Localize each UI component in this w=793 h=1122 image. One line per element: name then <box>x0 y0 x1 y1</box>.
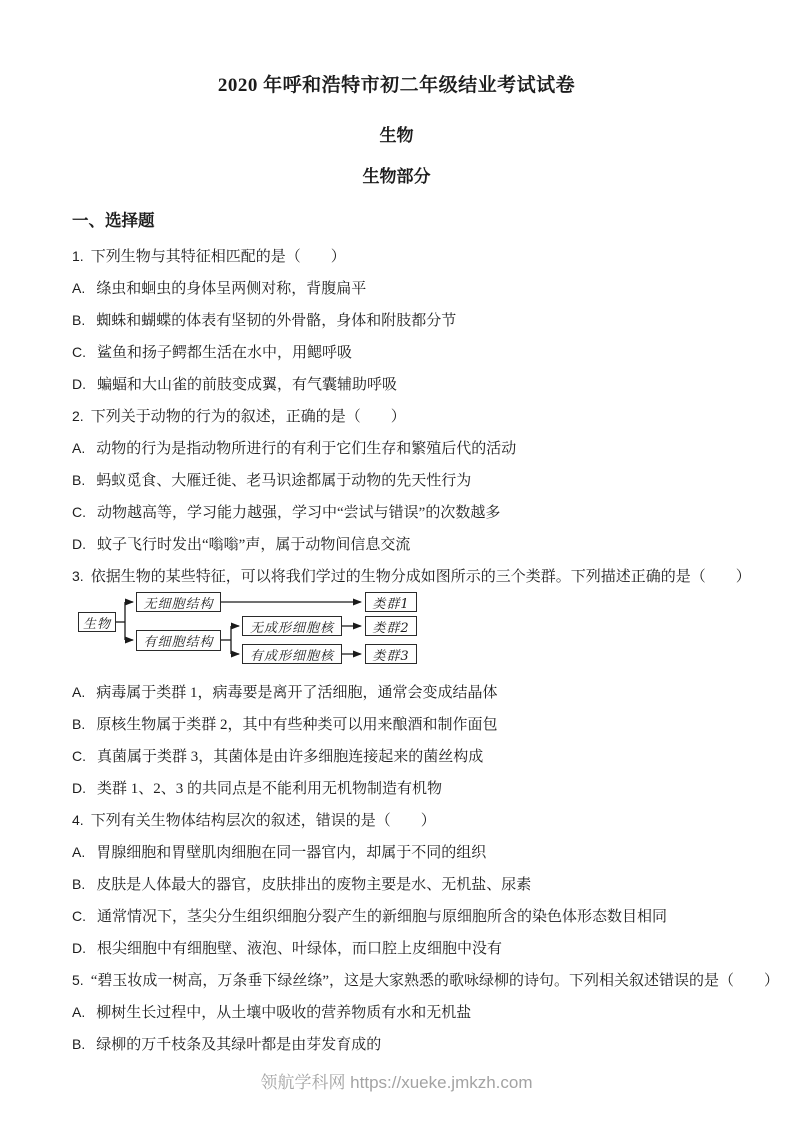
question-5-option-b: B.绿柳的万千枝条及其绿叶都是由芽发育成的 <box>72 1029 743 1061</box>
question-1-option-a: A.绦虫和蛔虫的身体呈两侧对称，背腹扁平 <box>72 273 743 305</box>
option-label: C. <box>72 908 86 924</box>
option-text: 蚂蚁觅食、大雁迁徙、老马识途都属于动物的先天性行为 <box>96 473 471 489</box>
question-5-text: “碧玉妆成一树高，万条垂下绿丝绦”，这是大家熟悉的歌咏绿柳的诗句。下列相关叙述错… <box>91 973 779 989</box>
question-1-stem: 1.下列生物与其特征相匹配的是（ ） <box>72 241 743 273</box>
section-heading-multiple-choice: 一、选择题 <box>72 207 793 231</box>
question-1-option-d: D.蝙蝠和大山雀的前肢变成翼，有气囊辅助呼吸 <box>72 369 743 401</box>
question-4-option-d: D.根尖细胞中有细胞壁、液泡、叶绿体，而口腔上皮细胞中没有 <box>72 933 743 965</box>
option-text: 鲨鱼和扬子鳄都生活在水中，用鳃呼吸 <box>97 345 352 361</box>
option-label: B. <box>72 876 85 892</box>
option-text: 蝙蝠和大山雀的前肢变成翼，有气囊辅助呼吸 <box>97 377 397 393</box>
question-2-number: 2. <box>72 408 84 424</box>
option-label: D. <box>72 376 86 392</box>
option-text: 根尖细胞中有细胞壁、液泡、叶绿体，而口腔上皮细胞中没有 <box>97 941 502 957</box>
part-title: 生物部分 <box>0 162 793 187</box>
question-4-option-a: A.胃腺细胞和胃壁肌肉细胞在同一器官内，却属于不同的组织 <box>72 837 743 869</box>
questions-area: 1.下列生物与其特征相匹配的是（ ） A.绦虫和蛔虫的身体呈两侧对称，背腹扁平 … <box>0 231 793 1061</box>
diagram-box-group-3: 类群3 <box>365 644 417 664</box>
question-3-text: 依据生物的某些特征，可以将我们学过的生物分成如图所示的三个类群。下列描述正确的是… <box>91 569 751 585</box>
watermark-footer: 领航学科网 https://xueke.jmkzh.com <box>0 1068 793 1093</box>
diagram-box-has-cell-structure: 有细胞结构 <box>136 630 221 651</box>
question-5-number: 5. <box>72 972 84 988</box>
option-label: B. <box>72 472 85 488</box>
question-1-option-c: C.鲨鱼和扬子鳄都生活在水中，用鳃呼吸 <box>72 337 743 369</box>
option-text: 绿柳的万千枝条及其绿叶都是由芽发育成的 <box>96 1037 381 1053</box>
option-text: 蚊子飞行时发出“嗡嗡”声，属于动物间信息交流 <box>97 537 410 553</box>
question-2-option-a: A.动物的行为是指动物所进行的有利于它们生存和繁殖后代的活动 <box>72 433 743 465</box>
option-label: B. <box>72 312 85 328</box>
option-label: A. <box>72 280 85 296</box>
option-label: B. <box>72 716 85 732</box>
option-text: 柳树生长过程中，从土壤中吸收的营养物质有水和无机盐 <box>96 1005 471 1021</box>
question-2-option-c: C.动物越高等，学习能力越强，学习中“尝试与错误”的次数越多 <box>72 497 743 529</box>
option-label: D. <box>72 780 86 796</box>
option-text: 胃腺细胞和胃壁肌肉细胞在同一器官内，却属于不同的组织 <box>96 845 486 861</box>
option-label: C. <box>72 344 86 360</box>
diagram-box-group-2: 类群2 <box>365 616 417 636</box>
question-3-option-b: B.原核生物属于类群 2，其中有些种类可以用来酿酒和制作面包 <box>72 709 743 741</box>
option-text: 皮肤是人体最大的器官，皮肤排出的废物主要是水、无机盐、尿素 <box>96 877 531 893</box>
question-2-stem: 2.下列关于动物的行为的叙述，正确的是（ ） <box>72 401 743 433</box>
option-text: 动物的行为是指动物所进行的有利于它们生存和繁殖后代的活动 <box>96 441 516 457</box>
question-5-stem: 5.“碧玉妆成一树高，万条垂下绿丝绦”，这是大家熟悉的歌咏绿柳的诗句。下列相关叙… <box>72 965 743 997</box>
question-3-option-c: C.真菌属于类群 3，其菌体是由许多细胞连接起来的菌丝构成 <box>72 741 743 773</box>
question-3-number: 3. <box>72 568 84 584</box>
option-text: 通常情况下，茎尖分生组织细胞分裂产生的新细胞与原细胞所含的染色体形态数目相同 <box>97 909 667 925</box>
option-text: 动物越高等，学习能力越强，学习中“尝试与错误”的次数越多 <box>97 505 500 521</box>
option-label: C. <box>72 504 86 520</box>
option-label: B. <box>72 1036 85 1052</box>
diagram-box-has-formed-nucleus: 有成形细胞核 <box>242 644 342 664</box>
question-2-option-b: B.蚂蚁觅食、大雁迁徙、老马识途都属于动物的先天性行为 <box>72 465 743 497</box>
option-text: 原核生物属于类群 2，其中有些种类可以用来酿酒和制作面包 <box>96 717 497 733</box>
classification-diagram: 生物 无细胞结构 有细胞结构 无成形细胞核 有成形细胞核 类群1 类群2 类群3 <box>72 585 432 677</box>
option-text: 类群 1、2、3 的共同点是不能利用无机物制造有机物 <box>97 781 442 797</box>
diagram-box-group-1: 类群1 <box>365 592 417 612</box>
option-text: 绦虫和蛔虫的身体呈两侧对称，背腹扁平 <box>96 281 366 297</box>
option-text: 病毒属于类群 1，病毒要是离开了活细胞，通常会变成结晶体 <box>96 685 497 701</box>
question-5-option-a: A.柳树生长过程中，从土壤中吸收的营养物质有水和无机盐 <box>72 997 743 1029</box>
page-title: 2020 年呼和浩特市初二年级结业考试试卷 <box>0 70 793 97</box>
question-3-option-a: A.病毒属于类群 1，病毒要是离开了活细胞，通常会变成结晶体 <box>72 677 743 709</box>
option-text: 真菌属于类群 3，其菌体是由许多细胞连接起来的菌丝构成 <box>97 749 483 765</box>
subject-title: 生物 <box>0 121 793 146</box>
question-4-text: 下列有关生物体结构层次的叙述，错误的是（ ） <box>91 813 436 829</box>
question-1-option-b: B.蜘蛛和蝴蝶的体表有坚韧的外骨骼，身体和附肢都分节 <box>72 305 743 337</box>
question-1-text: 下列生物与其特征相匹配的是（ ） <box>91 249 346 265</box>
question-4-option-b: B.皮肤是人体最大的器官，皮肤排出的废物主要是水、无机盐、尿素 <box>72 869 743 901</box>
option-label: A. <box>72 1004 85 1020</box>
exam-paper-page: 2020 年呼和浩特市初二年级结业考试试卷 生物 生物部分 一、选择题 1.下列… <box>0 0 793 1122</box>
option-text: 蜘蛛和蝴蝶的体表有坚韧的外骨骼，身体和附肢都分节 <box>96 313 456 329</box>
option-label: A. <box>72 844 85 860</box>
question-3-option-d: D.类群 1、2、3 的共同点是不能利用无机物制造有机物 <box>72 773 743 805</box>
option-label: C. <box>72 748 86 764</box>
question-2-option-d: D.蚊子飞行时发出“嗡嗡”声，属于动物间信息交流 <box>72 529 743 561</box>
option-label: D. <box>72 940 86 956</box>
question-2-text: 下列关于动物的行为的叙述，正确的是（ ） <box>91 409 406 425</box>
diagram-box-no-formed-nucleus: 无成形细胞核 <box>242 616 342 636</box>
diagram-box-no-cell-structure: 无细胞结构 <box>136 592 221 612</box>
option-label: D. <box>72 536 86 552</box>
question-4-number: 4. <box>72 812 84 828</box>
question-1-number: 1. <box>72 248 84 264</box>
question-4-stem: 4.下列有关生物体结构层次的叙述，错误的是（ ） <box>72 805 743 837</box>
option-label: A. <box>72 440 85 456</box>
diagram-box-root: 生物 <box>78 612 116 632</box>
question-4-option-c: C.通常情况下，茎尖分生组织细胞分裂产生的新细胞与原细胞所含的染色体形态数目相同 <box>72 901 743 933</box>
option-label: A. <box>72 684 85 700</box>
